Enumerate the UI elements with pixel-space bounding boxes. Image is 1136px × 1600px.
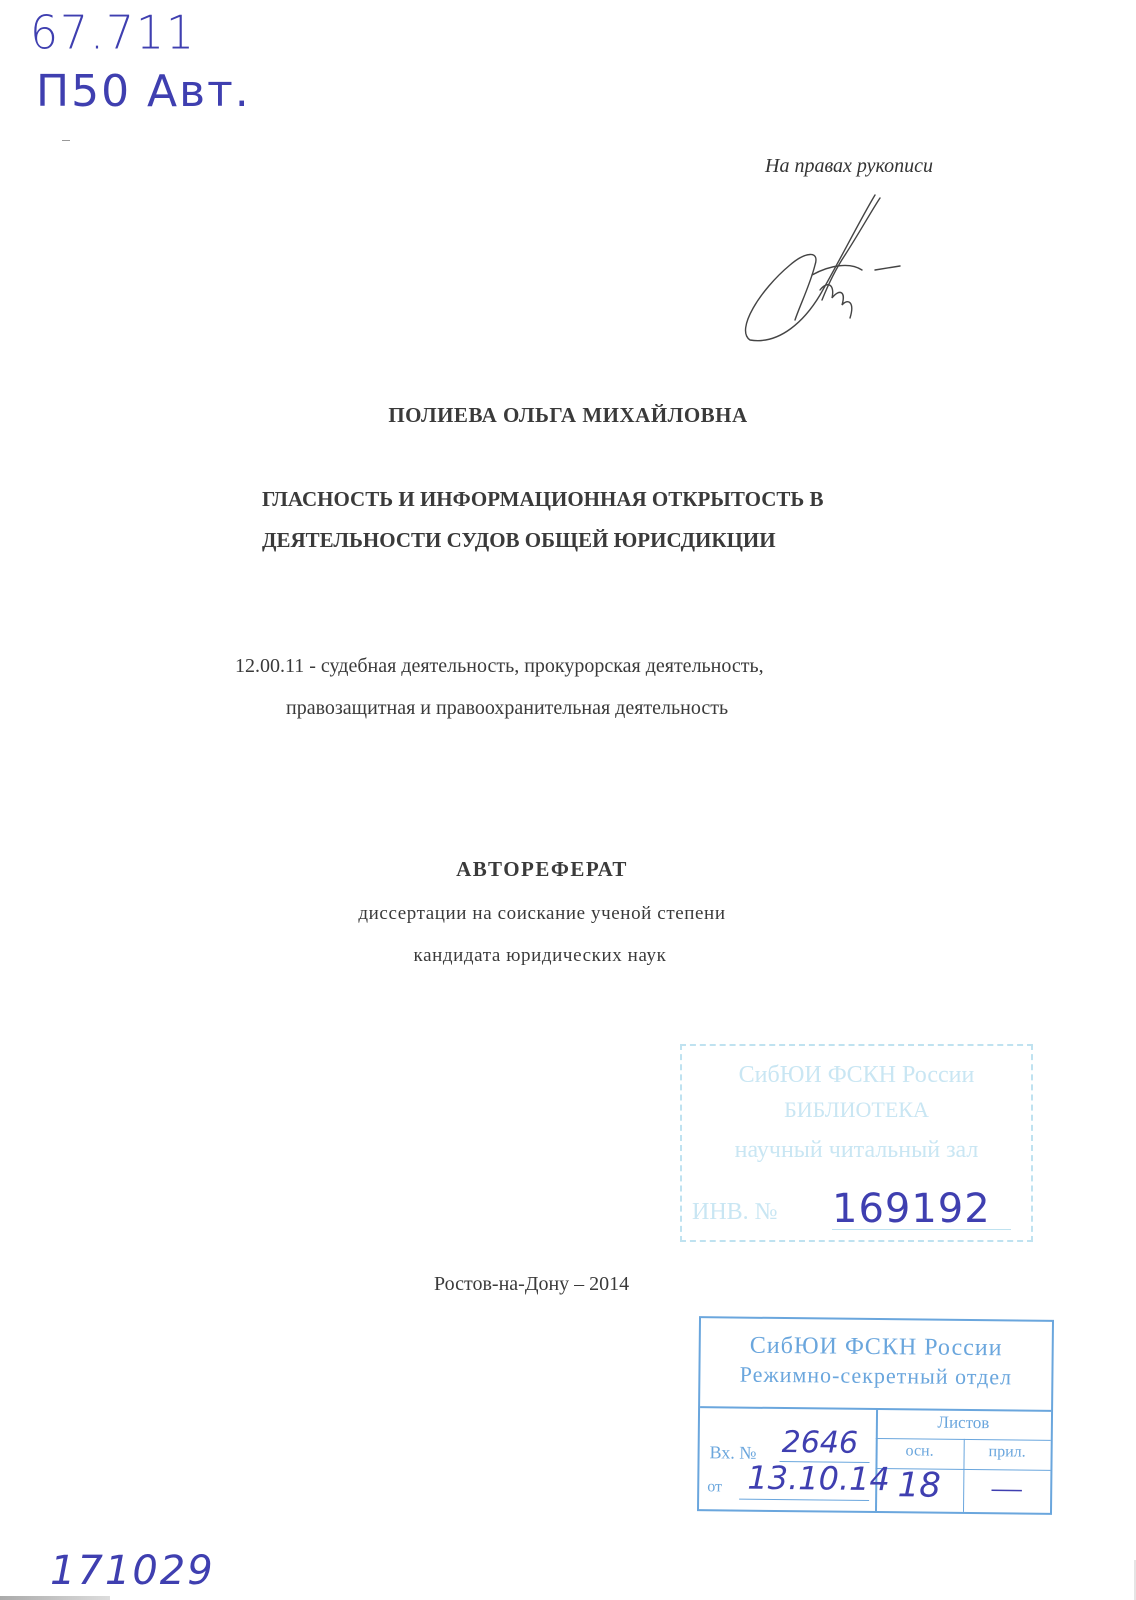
registry-stamp: СибЮИ ФСКН России Режимно-секретный отде… bbox=[697, 1316, 1054, 1515]
sheets-label: Листов bbox=[876, 1412, 1051, 1434]
specialty-line2: правозащитная и правоохранительная деяте… bbox=[286, 697, 728, 720]
author-mark-handwritten: П50 Авт. bbox=[36, 70, 251, 114]
specialty-line1: 12.00.11 - судебная деятельность, прокур… bbox=[235, 655, 764, 678]
library-stamp-line2: БИБЛИОТЕКА bbox=[682, 1097, 1031, 1123]
library-stamp: СибЮИ ФСКН России БИБЛИОТЕКА научный чит… bbox=[680, 1044, 1033, 1242]
library-stamp-line3: научный читальный зал bbox=[682, 1137, 1031, 1164]
document-type: АВТОРЕФЕРАТ bbox=[0, 857, 1110, 882]
degree-line2: кандидата юридических наук bbox=[0, 945, 1108, 967]
catalog-code-handwritten: 67.711 bbox=[30, 11, 196, 57]
city-year: Ростов-на-Дону – 2014 bbox=[434, 1273, 629, 1296]
rights-note: На правах рукописи bbox=[765, 155, 933, 178]
signature-icon bbox=[740, 190, 920, 350]
library-stamp-line1: СибЮИ ФСКН России bbox=[682, 1062, 1031, 1089]
attach-sheets-label: прил. bbox=[964, 1443, 1051, 1462]
scan-edge bbox=[0, 1596, 110, 1600]
accession-number-handwritten: 171029 bbox=[50, 1548, 215, 1594]
registry-date: 13.10.14 bbox=[747, 1459, 890, 1498]
main-sheets-label: осн. bbox=[876, 1442, 964, 1461]
dissertation-title-line1: ГЛАСНОСТЬ И ИНФОРМАЦИОННАЯ ОТКРЫТОСТЬ В bbox=[262, 487, 824, 512]
main-sheets-value: 18 bbox=[875, 1465, 963, 1506]
scan-mark bbox=[62, 140, 70, 141]
incoming-number: 2646 bbox=[782, 1425, 859, 1461]
registry-stamp-header2: Режимно-секретный отдел bbox=[700, 1361, 1051, 1391]
date-underline bbox=[739, 1499, 869, 1501]
library-inventory-number: 169192 bbox=[832, 1186, 991, 1232]
library-stamp-inv-label: ИНВ. № bbox=[692, 1199, 778, 1226]
degree-line1: диссертации на соискание ученой степени bbox=[0, 903, 1110, 925]
author-name: ПОЛИЕВА ОЛЬГА МИХАЙЛОВНА bbox=[0, 403, 1136, 428]
date-label: от bbox=[707, 1478, 722, 1496]
attach-sheets-value: — bbox=[963, 1471, 1050, 1506]
registry-stamp-header1: СибЮИ ФСКН России bbox=[701, 1332, 1052, 1363]
dissertation-title-line2: ДЕЯТЕЛЬНОСТИ СУДОВ ОБЩЕЙ ЮРИСДИКЦИИ bbox=[262, 528, 776, 553]
